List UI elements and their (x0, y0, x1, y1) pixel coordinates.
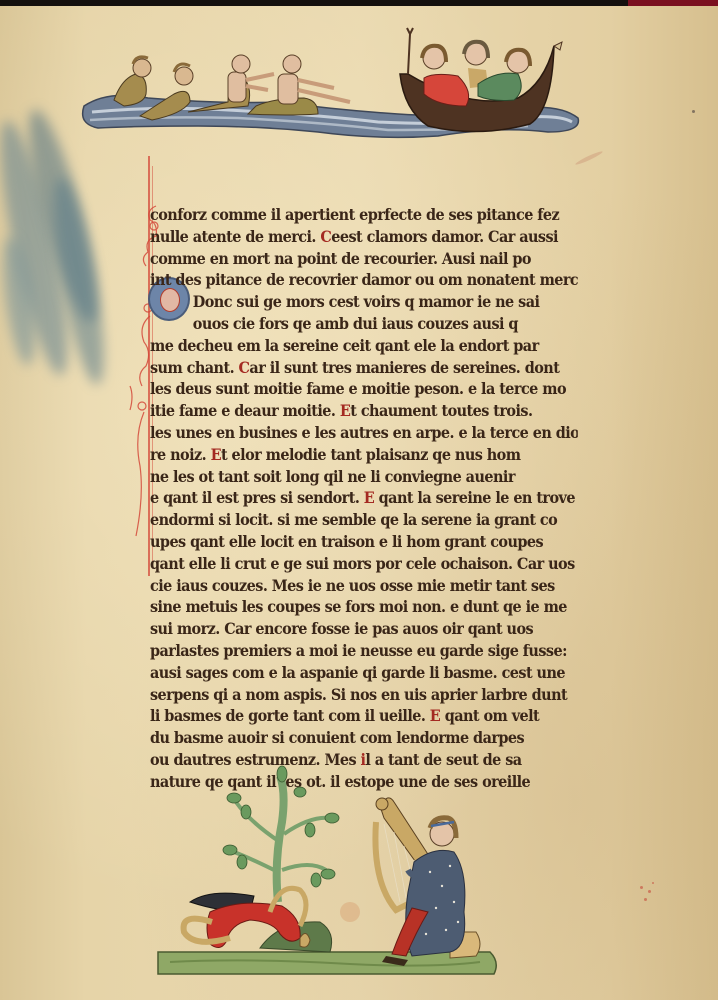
bottom-illustration-aspis-harpist (150, 762, 510, 982)
rubric-letter: E (211, 445, 221, 464)
text-line: cie iaus couzes. Mes ie ne uos osse mie … (150, 575, 578, 597)
top-illustration-sirens (78, 14, 588, 144)
boat-with-sleeping-sailors (400, 28, 562, 132)
text-line: sui morz. Car encore fosse ie pas auos o… (150, 618, 578, 640)
harpist (382, 818, 480, 966)
text-line: endormi si locit. si me semble qe la ser… (150, 509, 578, 531)
text-line: re noiz. Et elor melodie tant plaisanz q… (150, 444, 578, 466)
balsam-tree (223, 766, 339, 902)
sailor-red-tunic (422, 46, 469, 106)
text-line: comme en mort na point de recourier. Aus… (150, 248, 578, 270)
rubric-letter: E (430, 706, 440, 725)
rubric-letter: E (364, 488, 374, 507)
text-line: ne les ot tant soit long qil ne li convi… (150, 466, 578, 488)
text-line: itie fame e deaur moitie. Et chaument to… (150, 400, 578, 422)
text-line: nulle atente de merci. Ceest clamors dam… (150, 226, 578, 248)
text-line: sine metuis les coupes se fors moi non. … (150, 596, 578, 618)
text-line: serpens qi a nom aspis. Si nos en uis ap… (150, 684, 578, 706)
winged-serpent-aspis (184, 888, 310, 947)
text-line: les unes en busines e les autres en arpe… (150, 422, 578, 444)
text-line: me decheu em la sereine ceit qant ele la… (150, 335, 578, 357)
text-line: upes qant elle locit en traison e li hom… (150, 531, 578, 553)
text-line: qant elle li crut e ge sui mors por cele… (150, 553, 578, 575)
siren-4 (248, 55, 350, 115)
text-line: parlastes premiers a moi ie neusse eu ga… (150, 640, 578, 662)
text-line: e qant il est pres si sendort. E qant la… (150, 487, 578, 509)
rubric-letter: C (239, 358, 250, 377)
rubric-letter: E (340, 401, 350, 420)
text-line: ausi sages com e la aspanie qi garde li … (150, 662, 578, 684)
manuscript-page: conforz comme il apertient eprfecte de s… (0, 6, 718, 1000)
text-line: du basme auoir si conuient com lendorme … (150, 727, 578, 749)
text-line: int des pitance de recovrier damor ou om… (150, 269, 578, 291)
text-line: Donc sui ge mors cest voirs q mamor ie n… (150, 291, 578, 313)
text-line: li basmes de gorte tant com il ueille. E… (150, 705, 578, 727)
text-line: ouos cie fors qe amb dui iaus couzes aus… (150, 313, 578, 335)
text-line: sum chant. Car il sunt tres manieres de … (150, 357, 578, 379)
text-line: les deus sunt moitie fame e moitie peson… (150, 378, 578, 400)
manuscript-text-block: conforz comme il apertient eprfecte de s… (150, 204, 610, 793)
rubric-letter: C (320, 227, 331, 246)
text-line: conforz comme il apertient eprfecte de s… (150, 204, 578, 226)
